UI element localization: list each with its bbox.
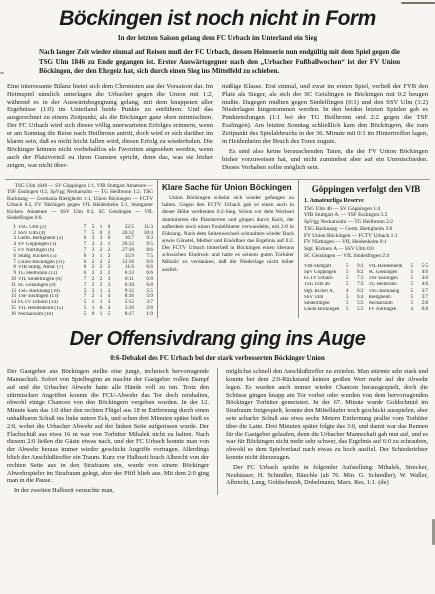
article2-left-text-2: In der zweiten Halbzeit versuchte man, bbox=[7, 487, 209, 495]
middle-band: TSG Ulm 1846 — SV Göppingen 1:1, VfB Stu… bbox=[5, 179, 430, 318]
result-line: TSG Backnang — Germ. Bietigheim 3:0 bbox=[304, 226, 428, 233]
result-line: FV Union Böckingen — FCTV Urbach 1:1 bbox=[304, 233, 428, 240]
mini-table-row: FV Nürtingen 4 0:8 bbox=[369, 307, 429, 313]
weekend-results-text: TSG Ulm 1846 — SV Göppingen 1:1, VfB Stu… bbox=[7, 183, 153, 222]
wins-cell: 0 bbox=[89, 312, 97, 318]
club-cell: Union Böckingen bbox=[304, 307, 341, 313]
article1-headline: Böckingen ist noch nicht in Form bbox=[5, 8, 430, 30]
rank-cell: 16 bbox=[7, 312, 16, 318]
reserve-results-list: TSG Ulm 46 — SV Göppingen 1:4VfB Stuttga… bbox=[304, 206, 428, 260]
draws-cell: 1 bbox=[97, 312, 105, 318]
games-cell: 5 bbox=[341, 307, 349, 313]
result-line: TSG Ulm 46 — SV Göppingen 1:4 bbox=[304, 206, 428, 213]
reserve-mini-tables: VfB Stuttgart 5 9:1 SpV Göppingen 5 8:2 … bbox=[304, 264, 428, 314]
article1-lead-paragraph: Nach langer Zeit wieder einmal auf Reise… bbox=[39, 48, 400, 76]
mini-table-right: VfL Heidenheim 5 5:5 SC Geislingen 5 4:6… bbox=[369, 264, 429, 314]
article1-subheadline: In der letzten Saison gelang dem FC Urba… bbox=[5, 34, 430, 42]
reserve-headline: Göppingen verfolgt den VfB bbox=[304, 184, 428, 194]
newspaper-page: Böckingen ist noch nicht in Form In der … bbox=[0, 0, 435, 594]
middle-article-box: Klare Sache für Union Böckingen Union Bö… bbox=[157, 180, 299, 318]
article1-column-right: mäßige Klasse. Erst einmal, und zwar im … bbox=[222, 83, 428, 172]
club-cell: Neckarsulm (16) bbox=[18, 312, 81, 318]
reserve-league-label: 1. Amateurliga Reserve bbox=[304, 198, 428, 204]
middle-article-body: Union Böckingen scheint sich wieder gefa… bbox=[162, 195, 294, 274]
mini-table-left: VfB Stuttgart 5 9:1 SpV Göppingen 5 8:2 … bbox=[304, 264, 364, 314]
middle-article-headline: Klare Sache für Union Böckingen bbox=[162, 183, 294, 192]
result-line: SpVgg Neckarsulm — TG Heilbronn 2:2 bbox=[304, 219, 428, 226]
points-cell: 1:9 bbox=[134, 312, 153, 318]
result-line: FV Nürtingen — VfL Heidenheim 0:1 bbox=[304, 239, 428, 246]
article2-columns: Der Gastgeber aus Böckingen stellte eine… bbox=[7, 368, 428, 495]
scan-artifact bbox=[0, 72, 4, 74]
article2-right-text-1: möglichst schnell den Anschlußtreffer zu… bbox=[226, 368, 428, 462]
article1-columns: Eine interessante Bilanz bietet sich dem… bbox=[7, 83, 428, 172]
article1-right-text-2: Es sind also keine berauschenden Taten, … bbox=[222, 148, 428, 172]
article2-left-text-1: Der Gastgeber aus Böckingen stellte eine… bbox=[7, 368, 209, 485]
table-row: 16 Neckarsulm (16) 5 0 1 5 8:17 1:9 bbox=[7, 312, 153, 318]
article2-column-right: möglichst schnell den Anschlußtreffer zu… bbox=[217, 368, 428, 495]
result-line: VfB Stuttgart A. — TSF Esslingen 5:2 bbox=[304, 212, 428, 219]
article-offensivdrang: Der Offensivdrang ging ins Auge 0:6-Deba… bbox=[5, 326, 430, 495]
losses-cell: 5 bbox=[105, 312, 113, 318]
article1-column-left: Eine interessante Bilanz bietet sich dem… bbox=[7, 83, 213, 172]
article2-headline: Der Offensivdrang ging ins Auge bbox=[5, 329, 430, 350]
games-cell: 4 bbox=[405, 307, 413, 313]
games-cell: 5 bbox=[81, 312, 89, 318]
points-cell: 0:8 bbox=[413, 307, 428, 313]
goals-cell: 8:17 bbox=[113, 312, 134, 318]
result-line: Stgt. Kickers A — SSV Ulm 0:0 bbox=[304, 246, 428, 253]
league-standings-table: 1 TSG Ulm (2) 7 5 1 0 22:5 11:3 2 SSV Ul… bbox=[7, 225, 153, 318]
reserve-results-box: Göppingen verfolgt den VfB 1. Amateurlig… bbox=[299, 180, 430, 318]
article1-left-text: Eine interessante Bilanz bietet sich dem… bbox=[7, 83, 213, 170]
scan-artifact bbox=[401, 2, 435, 4]
club-cell: FV Nürtingen bbox=[369, 307, 406, 313]
article2-column-left: Der Gastgeber aus Böckingen stellte eine… bbox=[7, 368, 209, 495]
results-and-table-block: TSG Ulm 1846 — SV Göppingen 1:1, VfB Stu… bbox=[5, 180, 157, 318]
article-boeckingen: Böckingen ist noch nicht in Form In der … bbox=[5, 8, 430, 172]
article2-right-text-2: Der FC Urbach spielte in folgender Aufst… bbox=[226, 464, 428, 487]
article2-subheadline: 0:6-Debakel des FC Urbach bei der stark … bbox=[5, 354, 430, 362]
points-cell: 5:5 bbox=[349, 307, 364, 313]
article1-right-text-1: mäßige Klasse. Erst einmal, und zwar im … bbox=[222, 83, 428, 146]
mini-table-row: Union Böckingen 5 5:5 bbox=[304, 307, 364, 313]
result-line: SC Geislingen — VfL Sindelfingen 2:4 bbox=[304, 253, 428, 260]
